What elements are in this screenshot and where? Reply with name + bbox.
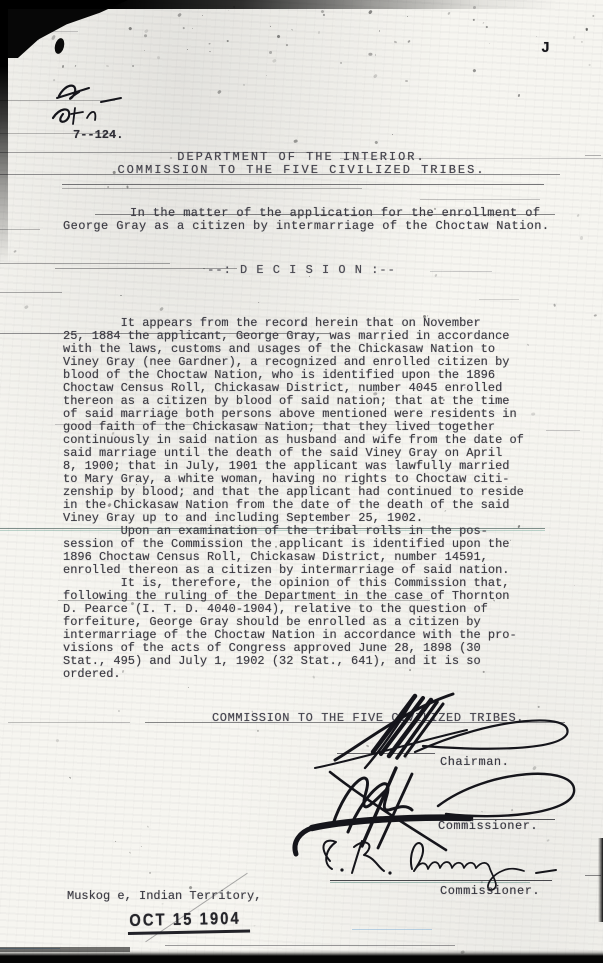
scan-edge-left (0, 0, 8, 265)
date-stamp: OCT 15 1904 (127, 908, 249, 935)
signature-label-commissioner-2: Commissioner. (440, 884, 540, 898)
decision-body: It appears from the record herein that o… (63, 317, 541, 681)
signature-label-commissioner-1: Commissioner. (438, 819, 538, 833)
matter-line-2: George Gray as a citizen by intermarriag… (63, 220, 549, 233)
decision-heading: --: D E C I S I O N :-- (0, 264, 603, 277)
ink-blob (53, 37, 66, 55)
scan-edge-right (598, 838, 603, 922)
place-line: Muskog e, Indian Territory, (67, 890, 261, 903)
scanned-document-page: 7--124. J DEPARTMENT OF THE INTERIOR. CO… (0, 0, 603, 963)
scan-edge-bottom-left (0, 947, 130, 952)
header-commission: COMMISSION TO THE FIVE CIVILIZED TRIBES. (0, 164, 603, 177)
bracket-mark: J (541, 42, 550, 55)
scan-edge-top (0, 0, 603, 9)
case-number: 7--124. (73, 129, 123, 142)
handwritten-initials (45, 80, 135, 130)
